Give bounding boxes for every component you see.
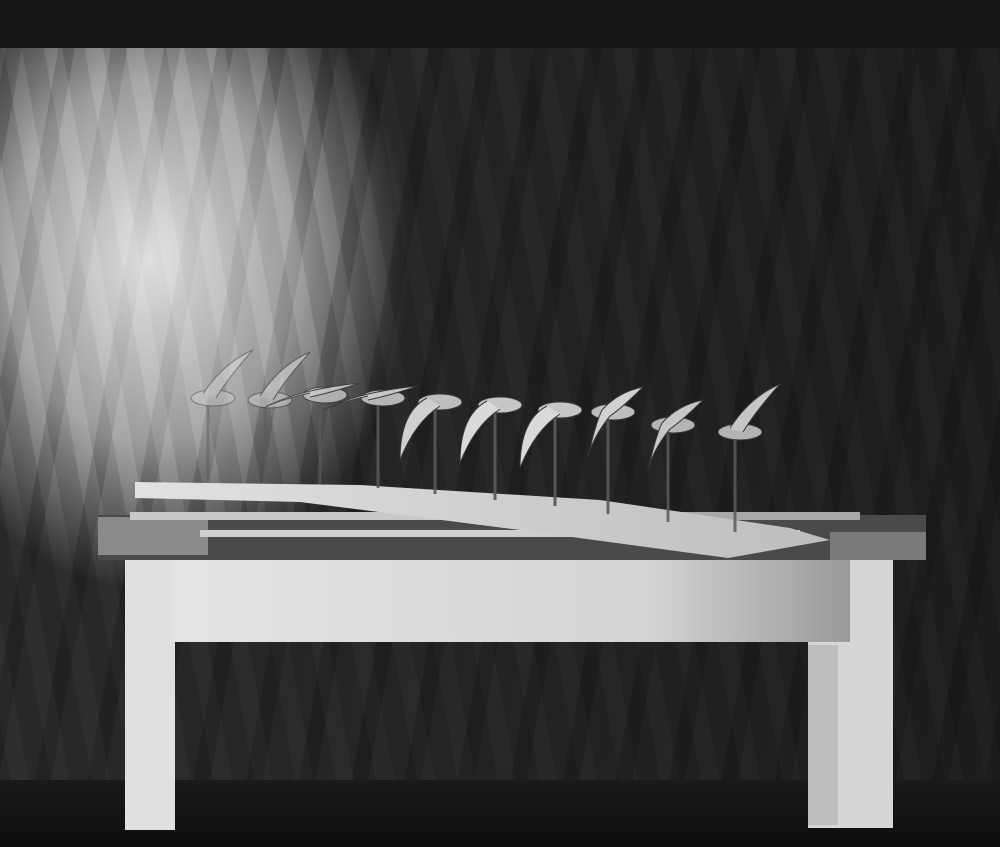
- wing: [730, 384, 780, 432]
- bird-model: [520, 402, 582, 506]
- bird-model: [400, 394, 462, 494]
- wing: [588, 387, 643, 457]
- photograph: [0, 0, 1000, 847]
- bird-model: [248, 352, 310, 482]
- bird-model: [718, 384, 780, 532]
- bird-model: [588, 387, 643, 514]
- wing: [648, 400, 703, 470]
- bird-model: [191, 350, 253, 480]
- table-apron: [172, 556, 850, 642]
- table-and-birds: [0, 0, 1000, 847]
- table-leg-left: [125, 555, 175, 830]
- table: [98, 512, 926, 830]
- bird-model: [460, 397, 522, 500]
- bird-model: [648, 400, 703, 522]
- wing: [203, 350, 253, 398]
